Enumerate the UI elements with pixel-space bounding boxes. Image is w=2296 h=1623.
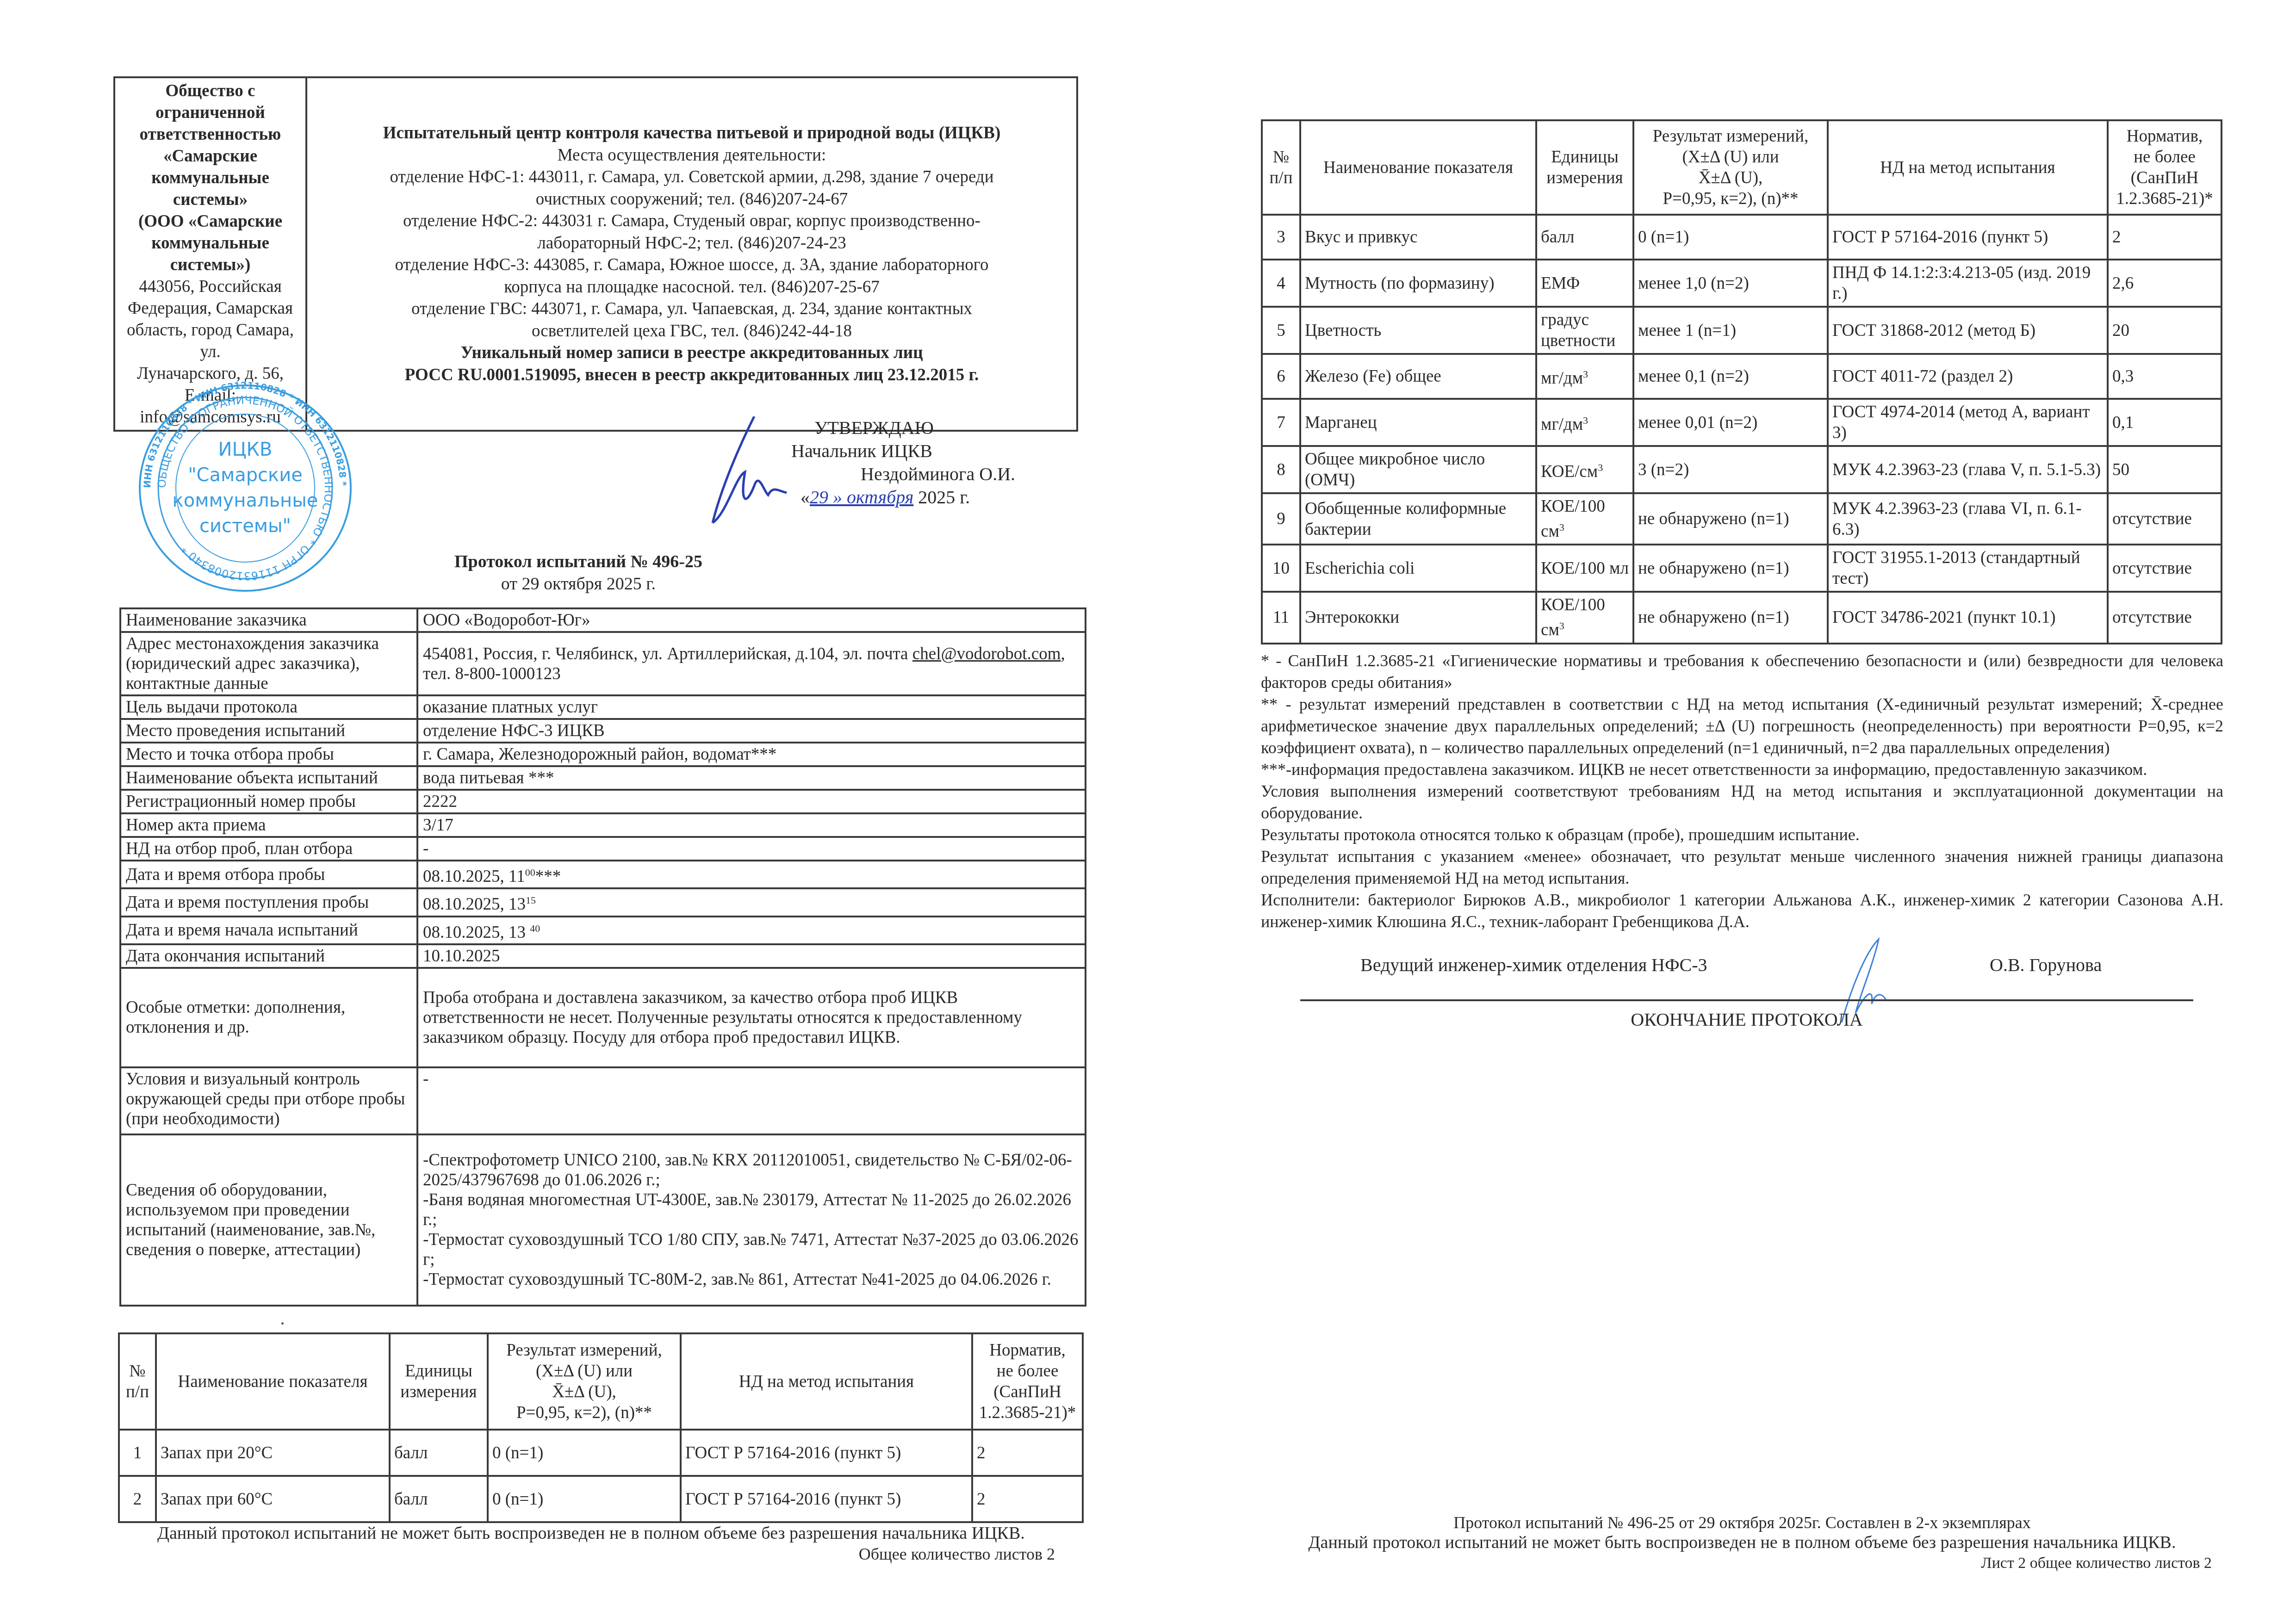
info-key: Дата и время начала испытаний	[120, 917, 417, 944]
results-header-row: №п/п Наименование показателя Единицыизме…	[119, 1333, 1083, 1430]
header-text: Норматив,	[976, 1340, 1079, 1361]
header-text: №	[1266, 147, 1297, 167]
info-row: Дата и время начала испытаний 08.10.2025…	[120, 917, 1086, 944]
col-number-header: №п/п	[1262, 120, 1300, 215]
accreditation-line: Уникальный номер записи в реестре аккред…	[312, 342, 1072, 364]
header-text: измерения	[1540, 167, 1630, 188]
datetime-text: 08.10.2025, 11	[423, 867, 525, 886]
row-number: 5	[1262, 307, 1300, 354]
minutes-sup: 00	[525, 867, 535, 878]
result-value: менее 1,0 (n=2)	[1633, 260, 1828, 307]
test-method: ГОСТ 31955.1-2013 (стандартный тест)	[1828, 545, 2108, 592]
equipment-item: -Спектрофотометр UNICO 2100, зав.№ KRX 2…	[423, 1150, 1080, 1190]
note-performers: Исполнители: бактериолог Бирюков А.В., м…	[1261, 889, 2223, 933]
unit-text: мг/дм	[1541, 369, 1583, 388]
sheet-count: Лист 2 общее количество листов 2	[1851, 1555, 2212, 1572]
protocol-date: от 29 октября 2025 г.	[324, 573, 833, 595]
row-number: 8	[1262, 446, 1300, 493]
row-number: 1	[119, 1430, 156, 1476]
indicator-name: Общее микробное число (ОМЧ)	[1300, 446, 1536, 493]
results-row: 1 Запах при 20°С балл 0 (n=1) ГОСТ Р 571…	[119, 1430, 1083, 1476]
header-text: P=0,95, к=2), (n)**	[491, 1402, 677, 1423]
header-text: Результат измерений,	[491, 1340, 677, 1361]
row-number: 11	[1262, 592, 1300, 643]
org-line: (ООО «Самарские	[120, 211, 301, 232]
lab-line: осветлителей цеха ГВС, тел. (846)242-44-…	[312, 320, 1072, 342]
note-conditions: Условия выполнения измерений соответству…	[1261, 781, 2223, 824]
header-text: X̄±Δ (U),	[1637, 167, 1824, 188]
result-value: менее 1 (n=1)	[1633, 307, 1828, 354]
indicator-name: Escherichia coli	[1300, 545, 1536, 592]
footnote-measurement: ** - результат измерений представлен в с…	[1261, 694, 2223, 759]
result-value: не обнаружено (n=1)	[1633, 592, 1828, 643]
org-name: Общество с ограниченной ответственностью…	[120, 80, 301, 276]
row-number: 4	[1262, 260, 1300, 307]
signoff-divider	[1300, 999, 2193, 1001]
test-method: ГОСТ 4974-2014 (метод А, вариант 3)	[1828, 399, 2108, 446]
results-table-page-2: №п/п Наименование показателя Единицыизме…	[1261, 119, 2222, 644]
unit-text: КОЕ/см	[1541, 462, 1598, 481]
info-row: Наименование заказчикаООО «Водоробот-Юг»	[120, 608, 1086, 632]
header-text: 1.2.3685-21)*	[976, 1402, 1079, 1423]
org-line: Общество с	[120, 80, 301, 102]
protocol-number: Протокол испытаний № 496-25	[324, 551, 833, 573]
footnote-sanpin: * - СанПиН 1.2.3685-21 «Гигиенические но…	[1261, 650, 2223, 694]
datetime-text: 08.10.2025, 13	[423, 895, 526, 914]
customer-email-link[interactable]: chel@vodorobot.com	[912, 644, 1061, 663]
lab-line: отделение НФС-3: 443085, г. Самара, Южно…	[312, 254, 1072, 276]
unit-exponent: 3	[1583, 368, 1588, 380]
info-key: Регистрационный номер пробы	[120, 790, 417, 813]
svg-text:"Самарские: "Самарские	[188, 465, 303, 486]
indicator-name: Запах при 20°С	[156, 1430, 390, 1476]
equipment-item: -Термостат суховоздушный ТСО 1/80 СПУ, з…	[423, 1230, 1080, 1270]
unit-text: КОЕ/100 см	[1541, 497, 1605, 541]
handwritten-date: 29 » октября	[810, 487, 913, 508]
info-key: Особые отметки: дополнения, отклонения и…	[120, 968, 417, 1067]
info-key: Адрес местонахождения заказчика (юридиче…	[120, 632, 417, 695]
test-method: ГОСТ Р 57164-2016 (пункт 5)	[1828, 215, 2108, 260]
date-prefix: «	[800, 487, 810, 508]
header-text: 1.2.3685-21)*	[2111, 188, 2218, 209]
org-line: коммунальные	[120, 232, 301, 254]
info-row: Условия и визуальный контроль окружающей…	[120, 1067, 1086, 1134]
approval-name: Нездойминога О.И.	[791, 463, 1050, 486]
result-value: 0 (n=1)	[488, 1476, 681, 1522]
date-year: 2025 г.	[918, 487, 970, 508]
equipment-list: -Спектрофотометр UNICO 2100, зав.№ KRX 2…	[417, 1134, 1086, 1306]
svg-text:коммунальные: коммунальные	[173, 490, 318, 511]
lab-line: отделение НФС-1: 443011, г. Самара, ул. …	[312, 166, 1072, 188]
accreditation-number: РОСС RU.0001.519095, внесен в реестр акк…	[312, 364, 1072, 386]
norm-value: отсутствие	[2108, 592, 2222, 643]
test-method: ГОСТ Р 57164-2016 (пункт 5)	[681, 1476, 972, 1522]
reproduction-disclaimer: Данный протокол испытаний не может быть …	[1261, 1532, 2223, 1553]
unit: КОЕ/100 мл	[1536, 545, 1633, 592]
company-stamp-icon: ИНН 6312110828 * ИНН 6312110828 * ИНН 63…	[134, 382, 356, 595]
test-method: МУК 4.2.3963-23 (глава V, п. 5.1-5.3)	[1828, 446, 2108, 493]
info-key: Цель выдачи протокола	[120, 695, 417, 719]
test-method: ГОСТ 31868-2012 (метод Б)	[1828, 307, 2108, 354]
info-value: вода питьевая ***	[417, 766, 1086, 790]
lab-line: очистных сооружений; тел. (846)207-24-67	[312, 188, 1072, 211]
unit: мг/дм3	[1536, 354, 1633, 399]
header-text: измерения	[393, 1381, 484, 1402]
info-row: НД на отбор проб, план отбора-	[120, 837, 1086, 861]
unit-text: мг/дм	[1541, 415, 1583, 434]
result-value: не обнаружено (n=1)	[1633, 545, 1828, 592]
info-row: Наименование объекта испытанийвода питье…	[120, 766, 1086, 790]
svg-text:системы": системы"	[199, 515, 291, 537]
approval-position: Начальник ИЦКВ	[791, 440, 1050, 463]
svg-text:ИЦКВ: ИЦКВ	[218, 439, 273, 460]
header-text: (СанПиН	[976, 1381, 1079, 1402]
org-address-line: область, город Самара, ул.	[120, 319, 301, 363]
lab-line: лабораторный НФС-2; тел. (846)207-24-23	[312, 232, 1072, 254]
info-key: Место проведения испытаний	[120, 719, 417, 743]
row-number: 2	[119, 1476, 156, 1522]
col-name-header: Наименование показателя	[1300, 120, 1536, 215]
unit-text: КОЕ/100 см	[1541, 595, 1605, 639]
info-key: Номер акта приема	[120, 813, 417, 837]
info-key: Дата и время отбора пробы	[120, 861, 417, 888]
organization-cell: Общество с ограниченной ответственностью…	[114, 77, 306, 431]
norm-value: 2,6	[2108, 260, 2222, 307]
col-unit-header: Единицыизмерения	[390, 1333, 488, 1430]
header-text: (СанПиН	[2111, 167, 2218, 188]
org-address-line: Луначарского, д. 56,	[120, 363, 301, 384]
norm-value: 50	[2108, 446, 2222, 493]
note-less-than: Результат испытания с указанием «менее» …	[1261, 846, 2223, 889]
unit-exponent: 3	[1559, 620, 1564, 632]
signoff-role: Ведущий инженер-химик отделения НФС-3	[1360, 954, 1707, 976]
col-method-header: НД на метод испытания	[681, 1333, 972, 1430]
info-value: ООО «Водоробот-Юг»	[417, 608, 1086, 632]
header-text: №	[123, 1361, 152, 1381]
test-method: ПНД Ф 14.1:2:3:4.213-05 (изд. 2019 г.)	[1828, 260, 2108, 307]
lab-line: Места осуществления деятельности:	[312, 144, 1072, 167]
datetime-text: 08.10.2025, 13	[423, 923, 530, 942]
row-number: 7	[1262, 399, 1300, 446]
info-row: Дата окончания испытаний10.10.2025	[120, 944, 1086, 968]
result-value: менее 0,1 (n=2)	[1633, 354, 1828, 399]
approval-label: УТВЕРЖДАЮ	[791, 416, 1050, 440]
header-text: не более	[2111, 147, 2218, 167]
norm-value: 20	[2108, 307, 2222, 354]
result-value: 3 (n=2)	[1633, 446, 1828, 493]
norm-value: отсутствие	[2108, 545, 2222, 592]
header-text: не более	[976, 1361, 1079, 1381]
result-value: 0 (n=1)	[1633, 215, 1828, 260]
protocol-title: Протокол испытаний № 496-25 от 29 октябр…	[324, 551, 833, 595]
header-text: P=0,95, к=2), (n)**	[1637, 188, 1824, 209]
info-row: Цель выдачи протоколаоказание платных ус…	[120, 695, 1086, 719]
results-row: 9 Обобщенные колиформные бактерии КОЕ/10…	[1262, 493, 2222, 545]
header-text: п/п	[123, 1381, 152, 1402]
info-key: Дата окончания испытаний	[120, 944, 417, 968]
org-line: «Самарские	[120, 145, 301, 167]
result-value: не обнаружено (n=1)	[1633, 493, 1828, 545]
minutes-sup: 15	[526, 894, 536, 906]
norm-value: 0,1	[2108, 399, 2222, 446]
note-scope: Результаты протокола относятся только к …	[1261, 824, 2223, 846]
info-row: Адрес местонахождения заказчика (юридиче…	[120, 632, 1086, 695]
col-unit-header: Единицыизмерения	[1536, 120, 1633, 215]
row-number: 3	[1262, 215, 1300, 260]
scan-speck	[281, 1322, 284, 1325]
norm-value: 2	[972, 1430, 1083, 1476]
col-method-header: НД на метод испытания	[1828, 120, 2108, 215]
info-value: г. Самара, Железнодорожный район, водома…	[417, 743, 1086, 766]
indicator-name: Цветность	[1300, 307, 1536, 354]
unit-exponent: 3	[1559, 521, 1564, 533]
results-row: 8 Общее микробное число (ОМЧ) КОЕ/см3 3 …	[1262, 446, 2222, 493]
test-method: ГОСТ 4011-72 (раздел 2)	[1828, 354, 2108, 399]
info-key: Условия и визуальный контроль окружающей…	[120, 1067, 417, 1134]
row-number: 6	[1262, 354, 1300, 399]
info-row: Сведения об оборудовании, используемом п…	[120, 1134, 1086, 1306]
results-row: 10 Escherichia coli КОЕ/100 мл не обнару…	[1262, 545, 2222, 592]
row-number: 10	[1262, 545, 1300, 592]
footnote-mark: ***	[535, 867, 561, 886]
approval-block: УТВЕРЖДАЮ Начальник ИЦКВ Нездойминога О.…	[791, 416, 1050, 509]
info-key: Дата и время поступления пробы	[120, 888, 417, 916]
indicator-name: Обобщенные колиформные бактерии	[1300, 493, 1536, 545]
info-key: Сведения об оборудовании, используемом п…	[120, 1134, 417, 1306]
footnote-customer-info: ***-информация предоставлена заказчиком.…	[1261, 759, 2223, 781]
col-number-header: №п/п	[119, 1333, 156, 1430]
info-row: Особые отметки: дополнения, отклонения и…	[120, 968, 1086, 1067]
norm-value: отсутствие	[2108, 493, 2222, 545]
results-row: 2 Запах при 60°С балл 0 (n=1) ГОСТ Р 571…	[119, 1476, 1083, 1522]
info-value: Проба отобрана и доставлена заказчиком, …	[417, 968, 1086, 1067]
unit: КОЕ/см3	[1536, 446, 1633, 493]
equipment-item: -Баня водяная многоместная UT-4300E, зав…	[423, 1190, 1080, 1230]
unit-exponent: 3	[1598, 462, 1603, 473]
equipment-item: -Термостат суховоздушный ТС-80М-2, зав.№…	[423, 1270, 1080, 1289]
org-line: системы»)	[120, 254, 301, 276]
unit: КОЕ/100 см3	[1536, 592, 1633, 643]
org-address-line: Федерация, Самарская	[120, 297, 301, 319]
info-value: отделение НФС-3 ИЦКВ	[417, 719, 1086, 743]
info-value: 10.10.2025	[417, 944, 1086, 968]
results-row: 6 Железо (Fe) общее мг/дм3 менее 0,1 (n=…	[1262, 354, 2222, 399]
indicator-name: Энтерококки	[1300, 592, 1536, 643]
org-line: ограниченной	[120, 102, 301, 124]
header-text: (X±Δ (U) или	[491, 1361, 677, 1381]
info-value: 454081, Россия, г. Челябинск, ул. Артилл…	[417, 632, 1086, 695]
results-row: 7 Марганец мг/дм3 менее 0,01 (n=2) ГОСТ …	[1262, 399, 2222, 446]
reproduction-disclaimer: Данный протокол испытаний не может быть …	[157, 1523, 1036, 1543]
info-row: Место проведения испытанийотделение НФС-…	[120, 719, 1086, 743]
info-value: оказание платных услуг	[417, 695, 1086, 719]
test-method: МУК 4.2.3963-23 (глава VI, п. 6.1-6.3)	[1828, 493, 2108, 545]
info-value: 08.10.2025, 1315	[417, 888, 1086, 916]
norm-value: 2	[2108, 215, 2222, 260]
unit: балл	[390, 1430, 488, 1476]
minutes-sup: 40	[530, 923, 540, 934]
results-row: 11 Энтерококки КОЕ/100 см3 не обнаружено…	[1262, 592, 2222, 643]
indicator-name: Мутность (по формазину)	[1300, 260, 1536, 307]
org-line: коммунальные системы»	[120, 167, 301, 211]
lab-title: Испытательный центр контроля качества пи…	[312, 122, 1072, 144]
unit: КОЕ/100 см3	[1536, 493, 1633, 545]
indicator-name: Марганец	[1300, 399, 1536, 446]
results-table-page-1: №п/п Наименование показателя Единицыизме…	[118, 1332, 1084, 1523]
result-value: менее 0,01 (n=2)	[1633, 399, 1828, 446]
sheet-count: Общее количество листов 2	[694, 1544, 1055, 1564]
test-method: ГОСТ Р 57164-2016 (пункт 5)	[681, 1430, 972, 1476]
indicator-name: Железо (Fe) общее	[1300, 354, 1536, 399]
unit: мг/дм3	[1536, 399, 1633, 446]
unit: балл	[390, 1476, 488, 1522]
header-text: Норматив,	[2111, 126, 2218, 147]
result-value: 0 (n=1)	[488, 1430, 681, 1476]
header-text: Единицы	[393, 1361, 484, 1381]
signoff-name: О.В. Горунова	[1990, 954, 2102, 976]
results-row: 3 Вкус и привкус балл 0 (n=1) ГОСТ Р 571…	[1262, 215, 2222, 260]
info-value: 3/17	[417, 813, 1086, 837]
info-value: 2222	[417, 790, 1086, 813]
col-norm-header: Норматив,не более(СанПиН1.2.3685-21)*	[2108, 120, 2222, 215]
col-result-header: Результат измерений,(X±Δ (U) илиX̄±Δ (U)…	[488, 1333, 681, 1430]
info-row: Место и точка отбора пробыг. Самара, Жел…	[120, 743, 1086, 766]
lab-info-cell: Испытательный центр контроля качества пи…	[306, 77, 1077, 431]
header-text: X̄±Δ (U),	[491, 1381, 677, 1402]
lab-line: корпуса на площадке насосной. тел. (846)…	[312, 276, 1072, 298]
results-header-row: №п/п Наименование показателя Единицыизме…	[1262, 120, 2222, 215]
sample-info-table: Наименование заказчикаООО «Водоробот-Юг»…	[119, 607, 1086, 1307]
lab-line: отделение НФС-2: 443031 г. Самара, Студе…	[312, 210, 1072, 232]
info-row: Регистрационный номер пробы2222	[120, 790, 1086, 813]
results-row: 5 Цветность градус цветности менее 1 (n=…	[1262, 307, 2222, 354]
header-text: (X±Δ (U) или	[1637, 147, 1824, 167]
protocol-copies-note: Протокол испытаний № 496-25 от 29 октябр…	[1261, 1513, 2223, 1532]
results-row: 4 Мутность (по формазину) ЕМФ менее 1,0 …	[1262, 260, 2222, 307]
info-key: Наименование заказчика	[120, 608, 417, 632]
address-text: 454081, Россия, г. Челябинск, ул. Артилл…	[423, 644, 912, 663]
unit: ЕМФ	[1536, 260, 1633, 307]
norm-value: 0,3	[2108, 354, 2222, 399]
info-value: 08.10.2025, 1100***	[417, 861, 1086, 888]
row-number: 9	[1262, 493, 1300, 545]
info-row: Дата и время отбора пробы 08.10.2025, 11…	[120, 861, 1086, 888]
info-value: -	[417, 837, 1086, 861]
info-value: 08.10.2025, 13 40	[417, 917, 1086, 944]
svg-text:ОБЩЕСТВО С ОГРАНИЧЕННОЙ ОТВЕТС: ОБЩЕСТВО С ОГРАНИЧЕННОЙ ОТВЕТСТВЕННОСТЬЮ…	[155, 394, 335, 582]
approval-date: «29 » октября 2025 г.	[791, 486, 1050, 509]
end-of-protocol-label: ОКОНЧАНИЕ ПРОТОКОЛА	[1300, 1009, 2193, 1030]
indicator-name: Запах при 60°С	[156, 1476, 390, 1522]
unit-exponent: 3	[1583, 415, 1588, 426]
info-key: НД на отбор проб, план отбора	[120, 837, 417, 861]
info-value: -	[417, 1067, 1086, 1134]
header-text: Единицы	[1540, 147, 1630, 167]
lab-line: отделение ГВС: 443071, г. Самара, ул. Ча…	[312, 298, 1072, 320]
info-row: Дата и время поступления пробы 08.10.202…	[120, 888, 1086, 916]
org-line: ответственностью	[120, 124, 301, 145]
letterhead-table: Общество с ограниченной ответственностью…	[113, 76, 1078, 432]
info-row: Номер акта приема3/17	[120, 813, 1086, 837]
unit: балл	[1536, 215, 1633, 260]
col-result-header: Результат измерений,(X±Δ (U) илиX̄±Δ (U)…	[1633, 120, 1828, 215]
col-name-header: Наименование показателя	[156, 1333, 390, 1430]
indicator-name: Вкус и привкус	[1300, 215, 1536, 260]
header-text: п/п	[1266, 167, 1297, 188]
header-text: Результат измерений,	[1637, 126, 1824, 147]
unit: градус цветности	[1536, 307, 1633, 354]
norm-value: 2	[972, 1476, 1083, 1522]
col-norm-header: Норматив,не более(СанПиН1.2.3685-21)*	[972, 1333, 1083, 1430]
org-address-line: 443056, Российская	[120, 276, 301, 297]
info-key: Место и точка отбора пробы	[120, 743, 417, 766]
footnotes: * - СанПиН 1.2.3685-21 «Гигиенические но…	[1261, 650, 2223, 933]
test-method: ГОСТ 34786-2021 (пункт 10.1)	[1828, 592, 2108, 643]
info-key: Наименование объекта испытаний	[120, 766, 417, 790]
